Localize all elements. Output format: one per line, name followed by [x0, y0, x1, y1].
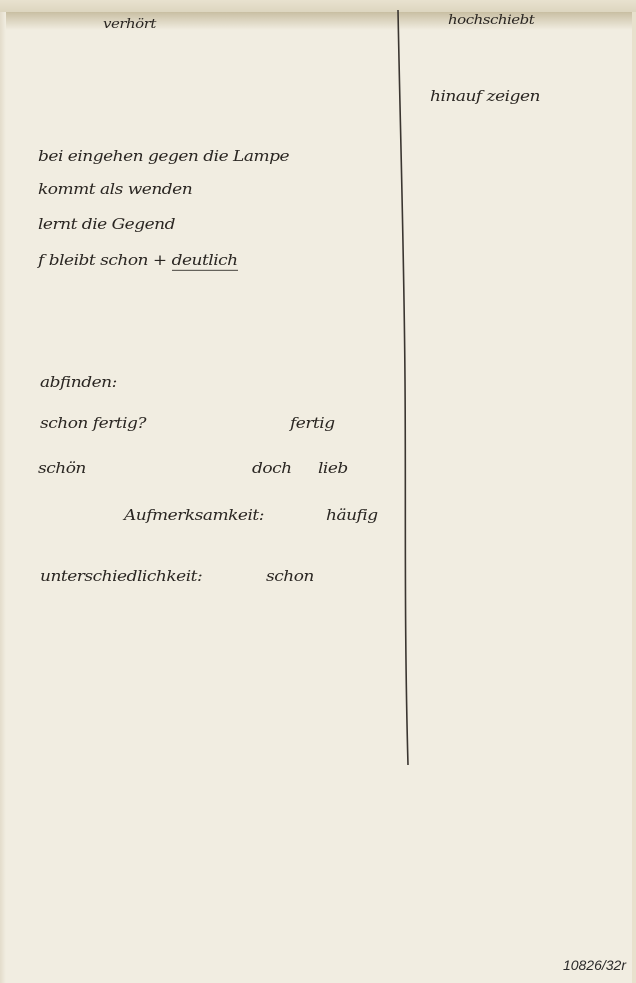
right-column-line-1: hinauf zeigen — [430, 88, 540, 105]
block1-line-3: lernt die Gegend — [38, 216, 175, 233]
block2-row4-left: unterschiedlichkeit: — [40, 568, 202, 585]
header-right-word: hochschiebt — [448, 12, 534, 27]
archive-number: 10826/32r — [563, 957, 626, 973]
block2-row2-left: schön — [38, 460, 86, 477]
block2-row3-right: häufig — [326, 507, 378, 524]
block2-row4-right: schon — [266, 568, 314, 585]
header-left-word: verhört — [103, 16, 156, 31]
block2-row2-mid: doch — [252, 460, 292, 477]
block2-row1-right: fertig — [290, 415, 335, 432]
block1-line-2: kommt als wenden — [38, 181, 192, 198]
left-page-edge — [0, 12, 6, 983]
block2-row2-right: lieb — [318, 460, 348, 477]
block1-line-1: bei eingehen gegen die Lampe — [38, 148, 289, 165]
underlined-word: deutlich — [172, 252, 238, 271]
top-shadow — [6, 12, 632, 30]
block2-row1-left: schon fertig? — [40, 415, 146, 432]
notebook-page: verhört hochschiebt hinauf zeigen bei ei… — [0, 0, 636, 983]
block2-heading: abfinden: — [40, 374, 117, 391]
right-page-edge — [632, 12, 636, 983]
block1-line-4-prefix: f bleibt schon + — [38, 252, 172, 269]
block2-row3-indent: Aufmerksamkeit: — [124, 507, 264, 524]
block1-line-4: f bleibt schon + deutlich — [38, 252, 238, 269]
